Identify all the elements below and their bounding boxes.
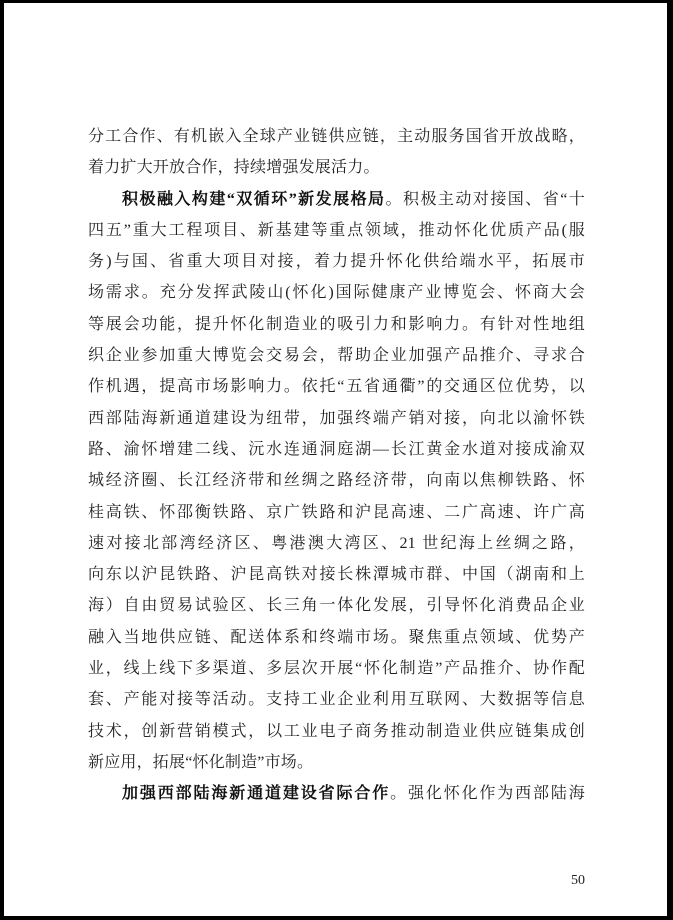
line-text: 织企业参加重大博览会交易会，帮助企业加强产品推介、寻求合 <box>88 347 585 364</box>
text-line: 向东以沪昆铁路、沪昆高铁对接长株潭城市群、中国（湖南和上 <box>88 559 585 590</box>
line-text: 向东以沪昆铁路、沪昆高铁对接长株潭城市群、中国（湖南和上 <box>88 566 585 583</box>
document-body: 分工合作、有机嵌入全球产业链供应链，主动服务国省开放战略，着力扩大开放合作，持续… <box>88 121 585 810</box>
document-page: 分工合作、有机嵌入全球产业链供应链，主动服务国省开放战略，着力扩大开放合作，持续… <box>0 0 673 920</box>
line-text: 分工合作、有机嵌入全球产业链供应链，主动服务国省开放战略， <box>88 128 585 145</box>
line-text: 四五”重大工程项目、新基建等重点领域，推动怀化优质产品(服 <box>88 222 585 239</box>
line-text: 作机遇，提高市场影响力。依托“五省通衢”的交通区位优势，以 <box>88 378 585 395</box>
line-text: 海）自由贸易试验区、长三角一体化发展，引导怀化消费品企业 <box>88 597 585 614</box>
text-line: 桂高铁、怀邵衡铁路、京广铁路和沪昆高速、二广高速、许广高 <box>88 497 585 528</box>
line-text: 城经济圈、长江经济带和丝绸之路经济带，向南以焦柳铁路、怀 <box>88 472 585 489</box>
line-text: 等展会功能，提升怀化制造业的吸引力和影响力。有针对性地组 <box>88 316 585 333</box>
text-line: 务)与国、省重大项目对接，着力提升怀化供给端水平，拓展市 <box>88 246 585 277</box>
text-line: 等展会功能，提升怀化制造业的吸引力和影响力。有针对性地组 <box>88 309 585 340</box>
line-text: 新应用，拓展“怀化制造”市场。 <box>88 754 313 771</box>
text-line: 场需求。充分发挥武陵山(怀化)国际健康产业博览会、怀商大会 <box>88 277 585 308</box>
text-line: 城经济圈、长江经济带和丝绸之路经济带，向南以焦柳铁路、怀 <box>88 465 585 496</box>
line-text: 。积极主动对接国、省“十 <box>386 191 585 208</box>
line-text: 西部陆海新通道建设为纽带，加强终端产销对接，向北以渝怀铁 <box>88 410 585 427</box>
line-text: 着力扩大开放合作，持续增强发展活力。 <box>88 159 380 176</box>
text-line: 作机遇，提高市场影响力。依托“五省通衢”的交通区位优势，以 <box>88 371 585 402</box>
text-line: 着力扩大开放合作，持续增强发展活力。 <box>88 152 585 183</box>
line-text: 务)与国、省重大项目对接，着力提升怀化供给端水平，拓展市 <box>88 253 585 270</box>
line-text: 融入当地供应链、配送体系和终端市场。聚焦重点领域、优势产 <box>88 629 585 646</box>
text-line: 业，线上线下多渠道、多层次开展“怀化制造”产品推介、协作配 <box>88 653 585 684</box>
line-text: 技术，创新营销模式，以工业电子商务推动制造业供应链集成创 <box>88 723 585 740</box>
text-line: 四五”重大工程项目、新基建等重点领域，推动怀化优质产品(服 <box>88 215 585 246</box>
text-line: 积极融入构建“双循环”新发展格局。积极主动对接国、省“十 <box>88 184 585 215</box>
line-text: 桂高铁、怀邵衡铁路、京广铁路和沪昆高速、二广高速、许广高 <box>88 504 585 521</box>
text-line: 融入当地供应链、配送体系和终端市场。聚焦重点领域、优势产 <box>88 622 585 653</box>
line-text: 套、产能对接等活动。支持工业企业利用互联网、大数据等信息 <box>88 691 585 708</box>
line-text: 。强化怀化作为西部陆海 <box>390 785 585 802</box>
paragraph-lead-bold: 加强西部陆海新通道建设省际合作 <box>122 785 390 802</box>
line-text: 速对接北部湾经济区、粤港澳大湾区、21 世纪海上丝绸之路， <box>88 535 585 552</box>
text-line: 分工合作、有机嵌入全球产业链供应链，主动服务国省开放战略， <box>88 121 585 152</box>
text-line: 技术，创新营销模式，以工业电子商务推动制造业供应链集成创 <box>88 716 585 747</box>
text-line: 加强西部陆海新通道建设省际合作。强化怀化作为西部陆海 <box>88 778 585 809</box>
text-line: 新应用，拓展“怀化制造”市场。 <box>88 747 585 778</box>
text-line: 速对接北部湾经济区、粤港澳大湾区、21 世纪海上丝绸之路， <box>88 528 585 559</box>
paragraph-lead-bold: 积极融入构建“双循环”新发展格局 <box>122 191 386 208</box>
text-line: 海）自由贸易试验区、长三角一体化发展，引导怀化消费品企业 <box>88 590 585 621</box>
page-number: 50 <box>556 872 600 890</box>
text-line: 西部陆海新通道建设为纽带，加强终端产销对接，向北以渝怀铁 <box>88 403 585 434</box>
text-line: 织企业参加重大博览会交易会，帮助企业加强产品推介、寻求合 <box>88 340 585 371</box>
line-text: 场需求。充分发挥武陵山(怀化)国际健康产业博览会、怀商大会 <box>88 284 585 301</box>
line-text: 路、渝怀增建二线、沅水连通洞庭湖—长江黄金水道对接成渝双 <box>88 441 585 458</box>
line-text: 业，线上线下多渠道、多层次开展“怀化制造”产品推介、协作配 <box>88 660 585 677</box>
text-line: 路、渝怀增建二线、沅水连通洞庭湖—长江黄金水道对接成渝双 <box>88 434 585 465</box>
text-line: 套、产能对接等活动。支持工业企业利用互联网、大数据等信息 <box>88 684 585 715</box>
